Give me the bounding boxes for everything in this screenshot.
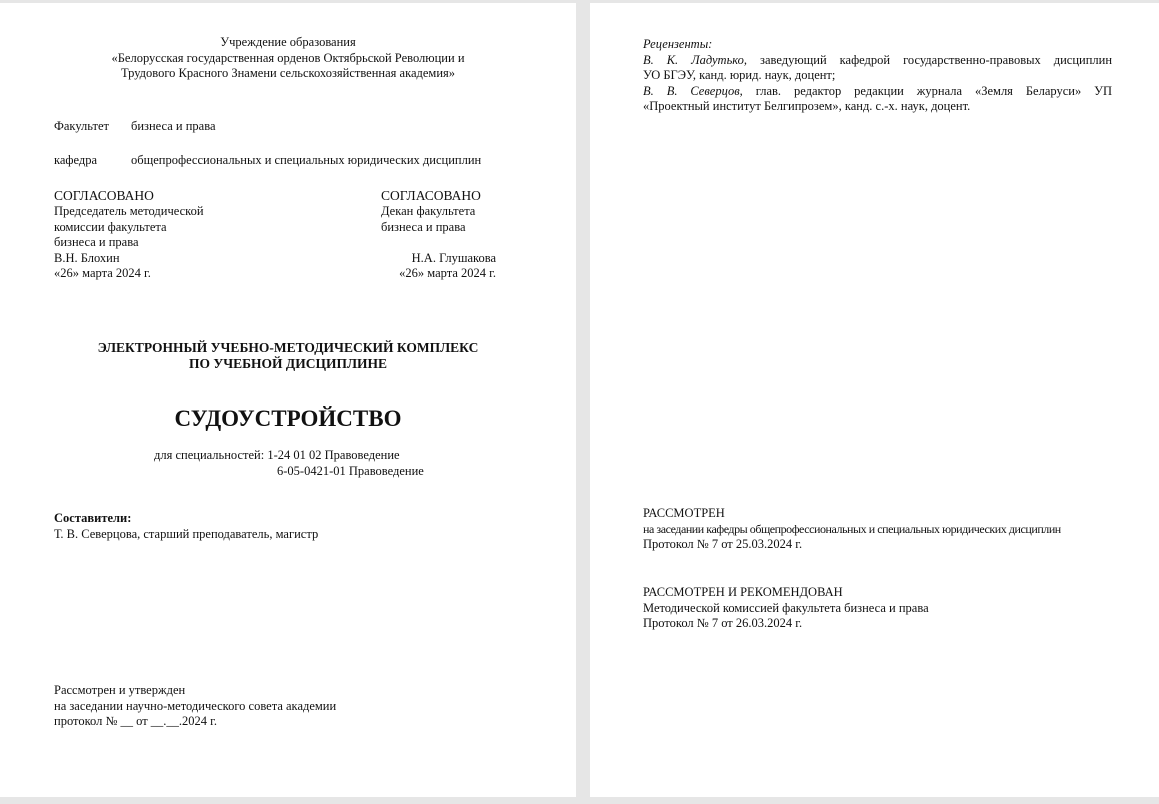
agreed-line: бизнеса и права (381, 220, 496, 236)
agreed-line: бизнеса и права (54, 235, 204, 251)
reviewer-position: заведующий кафедрой государственно-право… (760, 53, 1112, 67)
reviewer-details: «Проектный институт Белгипрозем», канд. … (643, 99, 1112, 115)
complex-title-line: ЭЛЕКТРОННЫЙ УЧЕБНО-МЕТОДИЧЕСКИЙ КОМПЛЕКС (60, 340, 516, 356)
department-label: кафедра (54, 153, 131, 169)
approved-block: Рассмотрен и утвержден на заседании науч… (54, 683, 336, 730)
agreed-header: СОГЛАСОВАНО (54, 188, 204, 204)
institution-line: Учреждение образования (40, 35, 536, 51)
reviewers-label: Рецензенты: (643, 37, 1112, 53)
agreed-line: Декан факультета (381, 204, 496, 220)
reviewer-name: В. В. Северцов, (643, 84, 743, 98)
agreed-signer-name: Н.А. Глушакова (381, 251, 496, 267)
department-row: кафедраобщепрофессиональных и специальны… (54, 153, 481, 169)
institution-line: «Белорусская государственная орденов Окт… (40, 51, 536, 67)
faculty-label: Факультет (54, 119, 131, 135)
recommended-block: РАССМОТРЕН И РЕКОМЕНДОВАН Методической к… (643, 585, 929, 632)
considered-header: РАССМОТРЕН (643, 506, 1061, 522)
faculty-value: бизнеса и права (131, 119, 216, 133)
reviewer-item: В. В. Северцов, глав. редактор редакции … (643, 84, 1112, 115)
agreed-date: «26» марта 2024 г. (381, 266, 496, 282)
agreed-signer-name: В.Н. Блохин (54, 251, 204, 267)
institution-block: Учреждение образования «Белорусская госу… (40, 35, 536, 82)
approved-line: протокол № __ от __.__.2024 г. (54, 714, 336, 730)
reviewer-position: глав. редактор редакции журнала «Земля Б… (756, 84, 1112, 98)
agreed-date: «26» марта 2024 г. (54, 266, 204, 282)
specialty-item: 1-24 01 02 Правоведение (267, 448, 399, 462)
agreed-header: СОГЛАСОВАНО (381, 188, 496, 204)
agreed-line: комиссии факультета (54, 220, 204, 236)
reviewers-block: Рецензенты: В. К. Ладутько, заведующий к… (643, 37, 1112, 115)
considered-block: РАССМОТРЕН на заседании кафедры общепроф… (643, 506, 1061, 553)
reviewer-item: В. К. Ладутько, заведующий кафедрой госу… (643, 53, 1112, 84)
complex-title: ЭЛЕКТРОННЫЙ УЧЕБНО-МЕТОДИЧЕСКИЙ КОМПЛЕКС… (60, 340, 516, 372)
faculty-row: Факультетбизнеса и права (54, 119, 216, 135)
recommended-line: Протокол № 7 от 26.03.2024 г. (643, 616, 929, 632)
approved-line: Рассмотрен и утвержден (54, 683, 336, 699)
reviewer-details: УО БГЭУ, канд. юрид. наук, доцент; (643, 68, 1112, 84)
authors-value: Т. В. Северцова, старший преподаватель, … (54, 527, 318, 543)
specialties-block: для специальностей: 1-24 01 02 Правоведе… (154, 448, 424, 479)
approved-line: на заседании научно-методического совета… (54, 699, 336, 715)
department-value: общепрофессиональных и специальных юриди… (131, 153, 481, 167)
reviewer-name: В. К. Ладутько, (643, 53, 747, 67)
document-page-right (590, 3, 1159, 797)
specialties-label: для специальностей: (154, 448, 264, 462)
considered-line: Протокол № 7 от 25.03.2024 г. (643, 537, 1061, 553)
authors-label: Составители: (54, 511, 318, 527)
authors-block: Составители: Т. В. Северцова, старший пр… (54, 511, 318, 542)
agreed-block-left: СОГЛАСОВАНО Председатель методической ко… (54, 188, 204, 282)
agreed-block-right: СОГЛАСОВАНО Декан факультета бизнеса и п… (381, 188, 496, 282)
agreed-line: Председатель методической (54, 204, 204, 220)
recommended-header: РАССМОТРЕН И РЕКОМЕНДОВАН (643, 585, 929, 601)
recommended-line: Методической комиссией факультета бизнес… (643, 601, 929, 617)
considered-line: на заседании кафедры общепрофессиональны… (643, 522, 1061, 538)
specialty-item: 6-05-0421-01 Правоведение (277, 464, 424, 478)
complex-title-line: ПО УЧЕБНОЙ ДИСЦИПЛИНЕ (60, 356, 516, 372)
subject-title: СУДОУСТРОЙСТВО (60, 404, 516, 434)
institution-line: Трудового Красного Знамени сельскохозяйс… (40, 66, 536, 82)
